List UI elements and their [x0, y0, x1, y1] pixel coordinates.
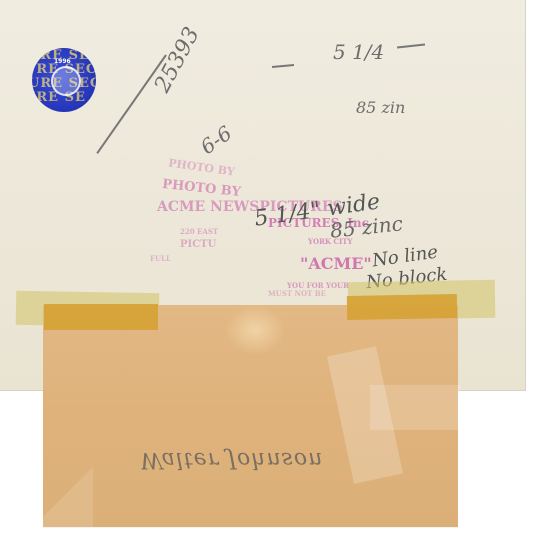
smudge [225, 305, 285, 355]
stamp-text: PHOTO BY [162, 178, 242, 199]
pencil-slash [96, 54, 166, 153]
stamp-text: MUST NOT BE [268, 290, 326, 297]
tape-right-overlap [347, 294, 457, 320]
size-note: 5 1/4 [333, 40, 384, 64]
tape-left-overlap [44, 304, 158, 330]
seal-icon [51, 66, 81, 96]
envelope-fold [43, 457, 93, 527]
clear-tape [370, 385, 460, 430]
screen-note: 85 zin [356, 98, 405, 117]
catalog-number: 25393 [150, 23, 205, 97]
signature: Walter Johnson [140, 447, 323, 472]
stamp-text: PHOTO BY [168, 157, 236, 177]
stamp-text: "ACME" [300, 256, 372, 272]
stamp-text: FULL [150, 255, 171, 262]
sticker-year: 1996 [54, 58, 71, 65]
stamp-text: 220 EAST [180, 228, 218, 235]
stamp-text: YOU FOR YOUR [287, 282, 349, 289]
hologram-sticker: URE SE URE SEC URE SEC URE SE 1996 [32, 48, 96, 112]
date-note: 6-6 [196, 121, 236, 159]
stamp-text: PICTU [180, 240, 216, 250]
pencil-dash [272, 64, 294, 67]
pencil-dash [397, 44, 425, 48]
